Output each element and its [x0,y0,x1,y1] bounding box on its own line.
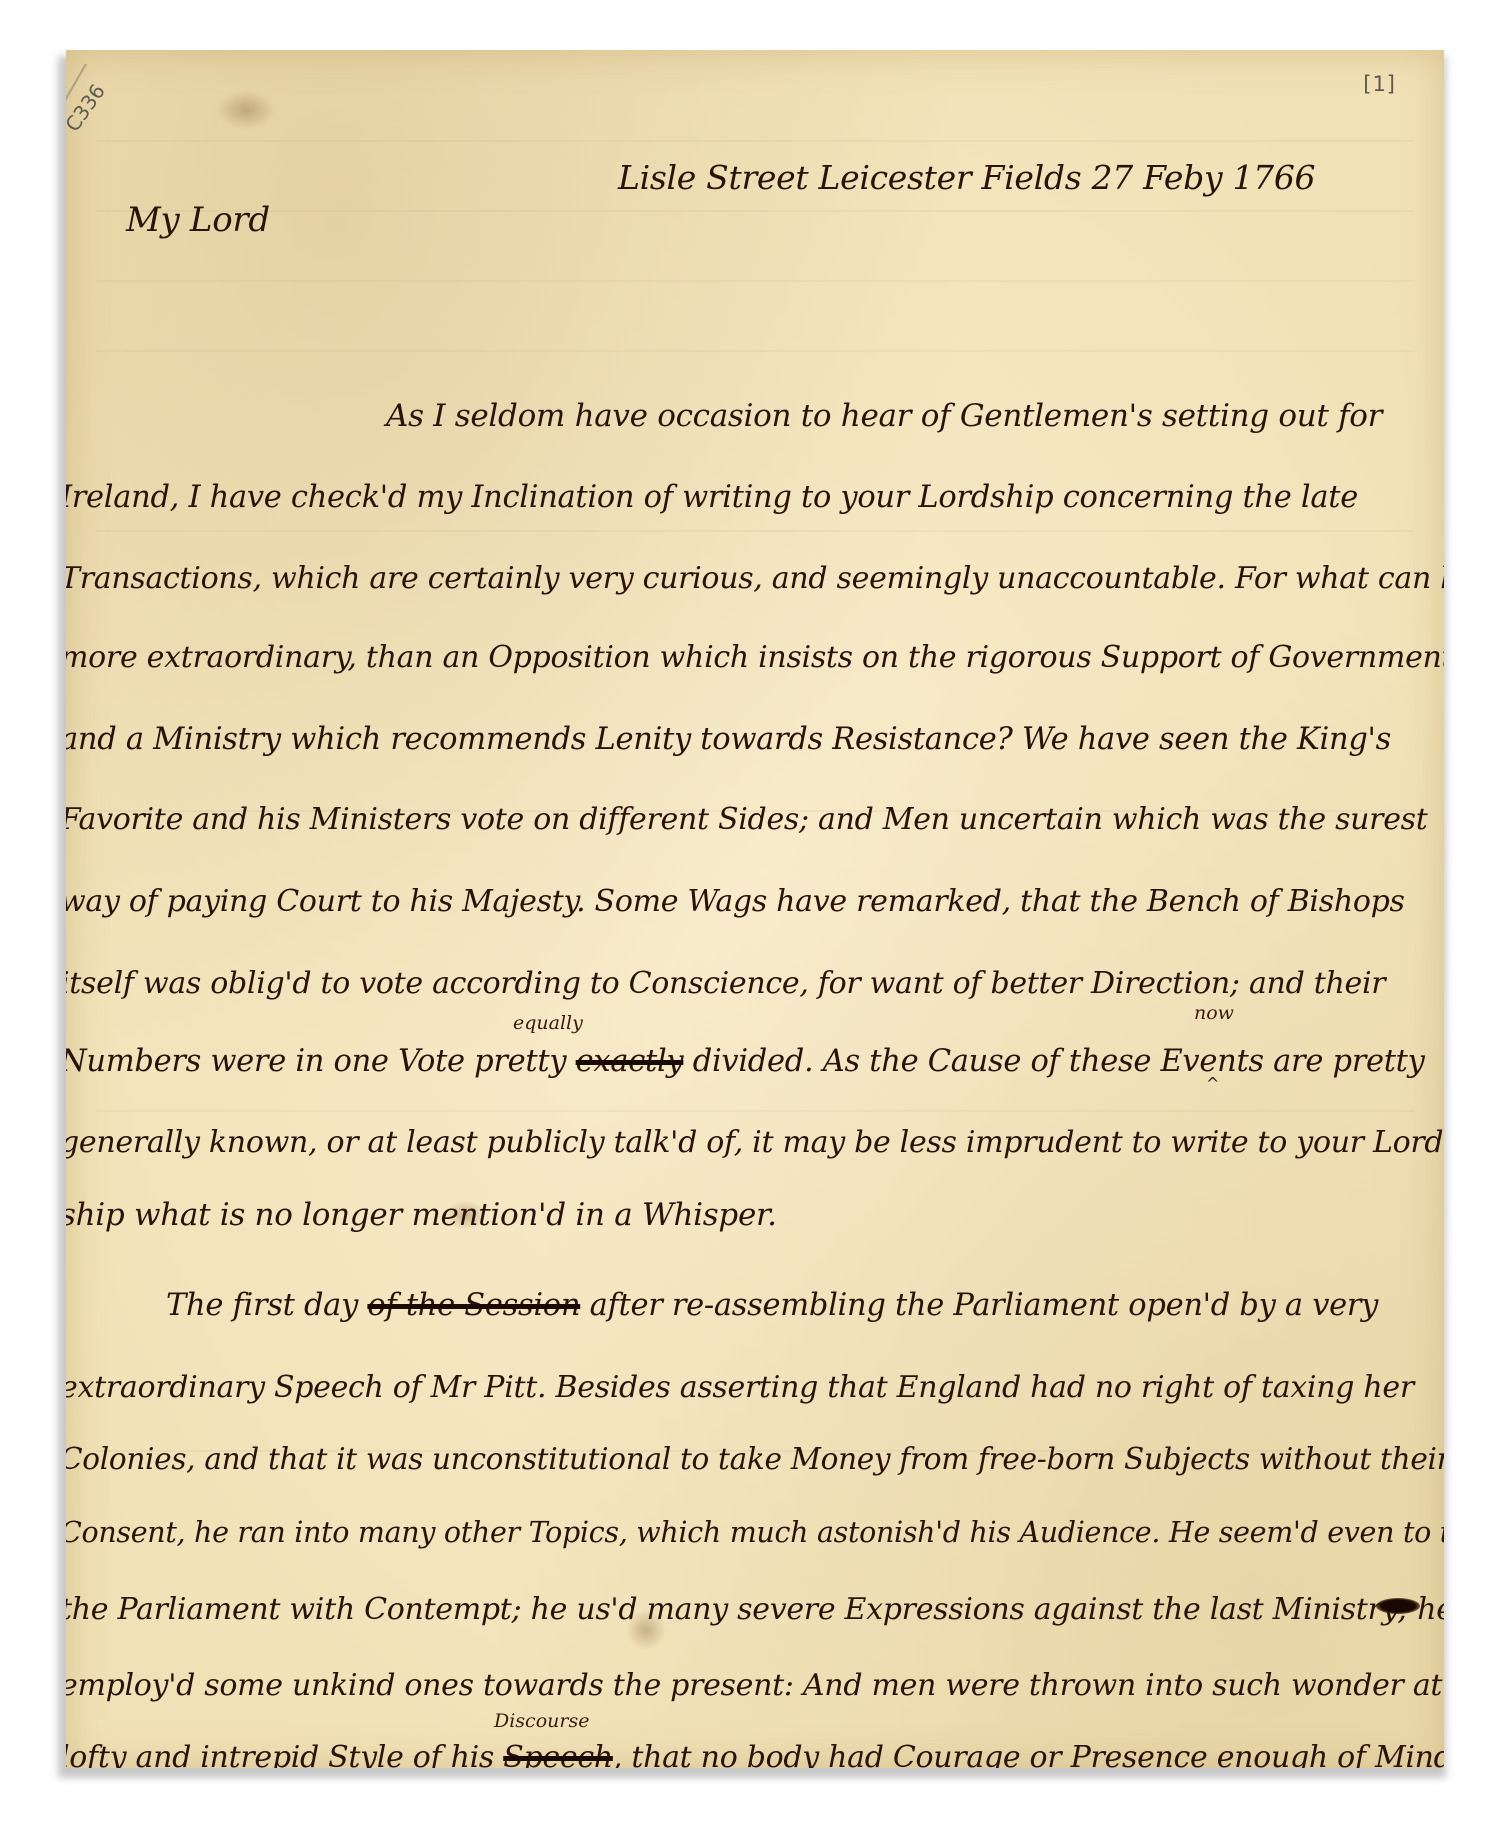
bleed-through-line [96,140,1414,142]
letter-page: C336 [1] Lisle Street Leicester Fields 2… [66,50,1444,1768]
insertion-equally: equally [513,1012,583,1034]
letter-line-5: and a Ministry which recommends Lenity t… [66,722,1391,757]
letter-line-4: more extraordinary, than an Opposition w… [66,640,1444,675]
line-18-text-after: , that no body had Courage or Presence e… [613,1740,1444,1768]
bleed-through-line [96,1110,1414,1112]
letter-line-16: the Parliament with Contempt; he us'd ma… [66,1592,1444,1627]
bleed-through-line [96,530,1414,532]
insertion-now: now [1194,1002,1234,1024]
struck-phrase: of the Session [367,1288,580,1323]
letter-line-18: lofty and intrepid Style of his Speech, … [66,1740,1444,1768]
letter-line-2: Ireland, I have check'd my Inclination o… [66,480,1358,515]
line-9-text-after: divided. As the Cause of these Events ar… [683,1044,1424,1079]
paper-stain [216,90,276,130]
insertion-caret: ^ [1206,1074,1219,1093]
letter-line-17: employ'd some unkind ones towards the pr… [66,1668,1444,1703]
letter-line-15: Consent, he ran into many other Topics, … [66,1516,1444,1549]
bleed-through-line [96,350,1414,352]
insertion-discourse: Discourse [494,1710,589,1732]
letter-line-12: The first day of the Session after re-as… [166,1288,1378,1323]
letter-line-7: way of paying Court to his Majesty. Some… [66,884,1405,919]
letter-line-3: Transactions, which are certainly very c… [66,561,1444,596]
letter-line-9: Numbers were in one Vote pretty exactly … [66,1044,1425,1079]
letter-salutation: My Lord [126,200,270,240]
struck-word: exactly [576,1044,684,1079]
struck-word: Speech [503,1740,613,1768]
page-number: [1] [1363,72,1396,96]
letter-line-8: itself was oblig'd to vote according to … [66,966,1385,1001]
line-18-text-before: lofty and intrepid Style of his [66,1740,503,1768]
letter-line-10: generally known, or at least publicly ta… [66,1125,1444,1160]
letter-line-13: extraordinary Speech of Mr Pitt. Besides… [66,1370,1414,1405]
letter-line-11: ship what is no longer mention'd in a Wh… [66,1197,777,1233]
line-9-text-before: Numbers were in one Vote pretty [66,1044,576,1079]
letter-line-14: Colonies, and that it was unconstitution… [66,1442,1444,1476]
letter-place-date: Lisle Street Leicester Fields 27 Feby 17… [618,158,1315,197]
letter-line-6: Favorite and his Ministers vote on diffe… [66,802,1428,837]
line-12-text-before: The first day [166,1288,367,1323]
letter-line-1: As I seldom have occasion to hear of Gen… [386,398,1382,434]
ink-blot [1376,1598,1420,1614]
bleed-through-line [96,280,1414,282]
line-12-text-after: after re-assembling the Parliament open'… [580,1288,1378,1323]
bleed-through-line [96,210,1414,212]
